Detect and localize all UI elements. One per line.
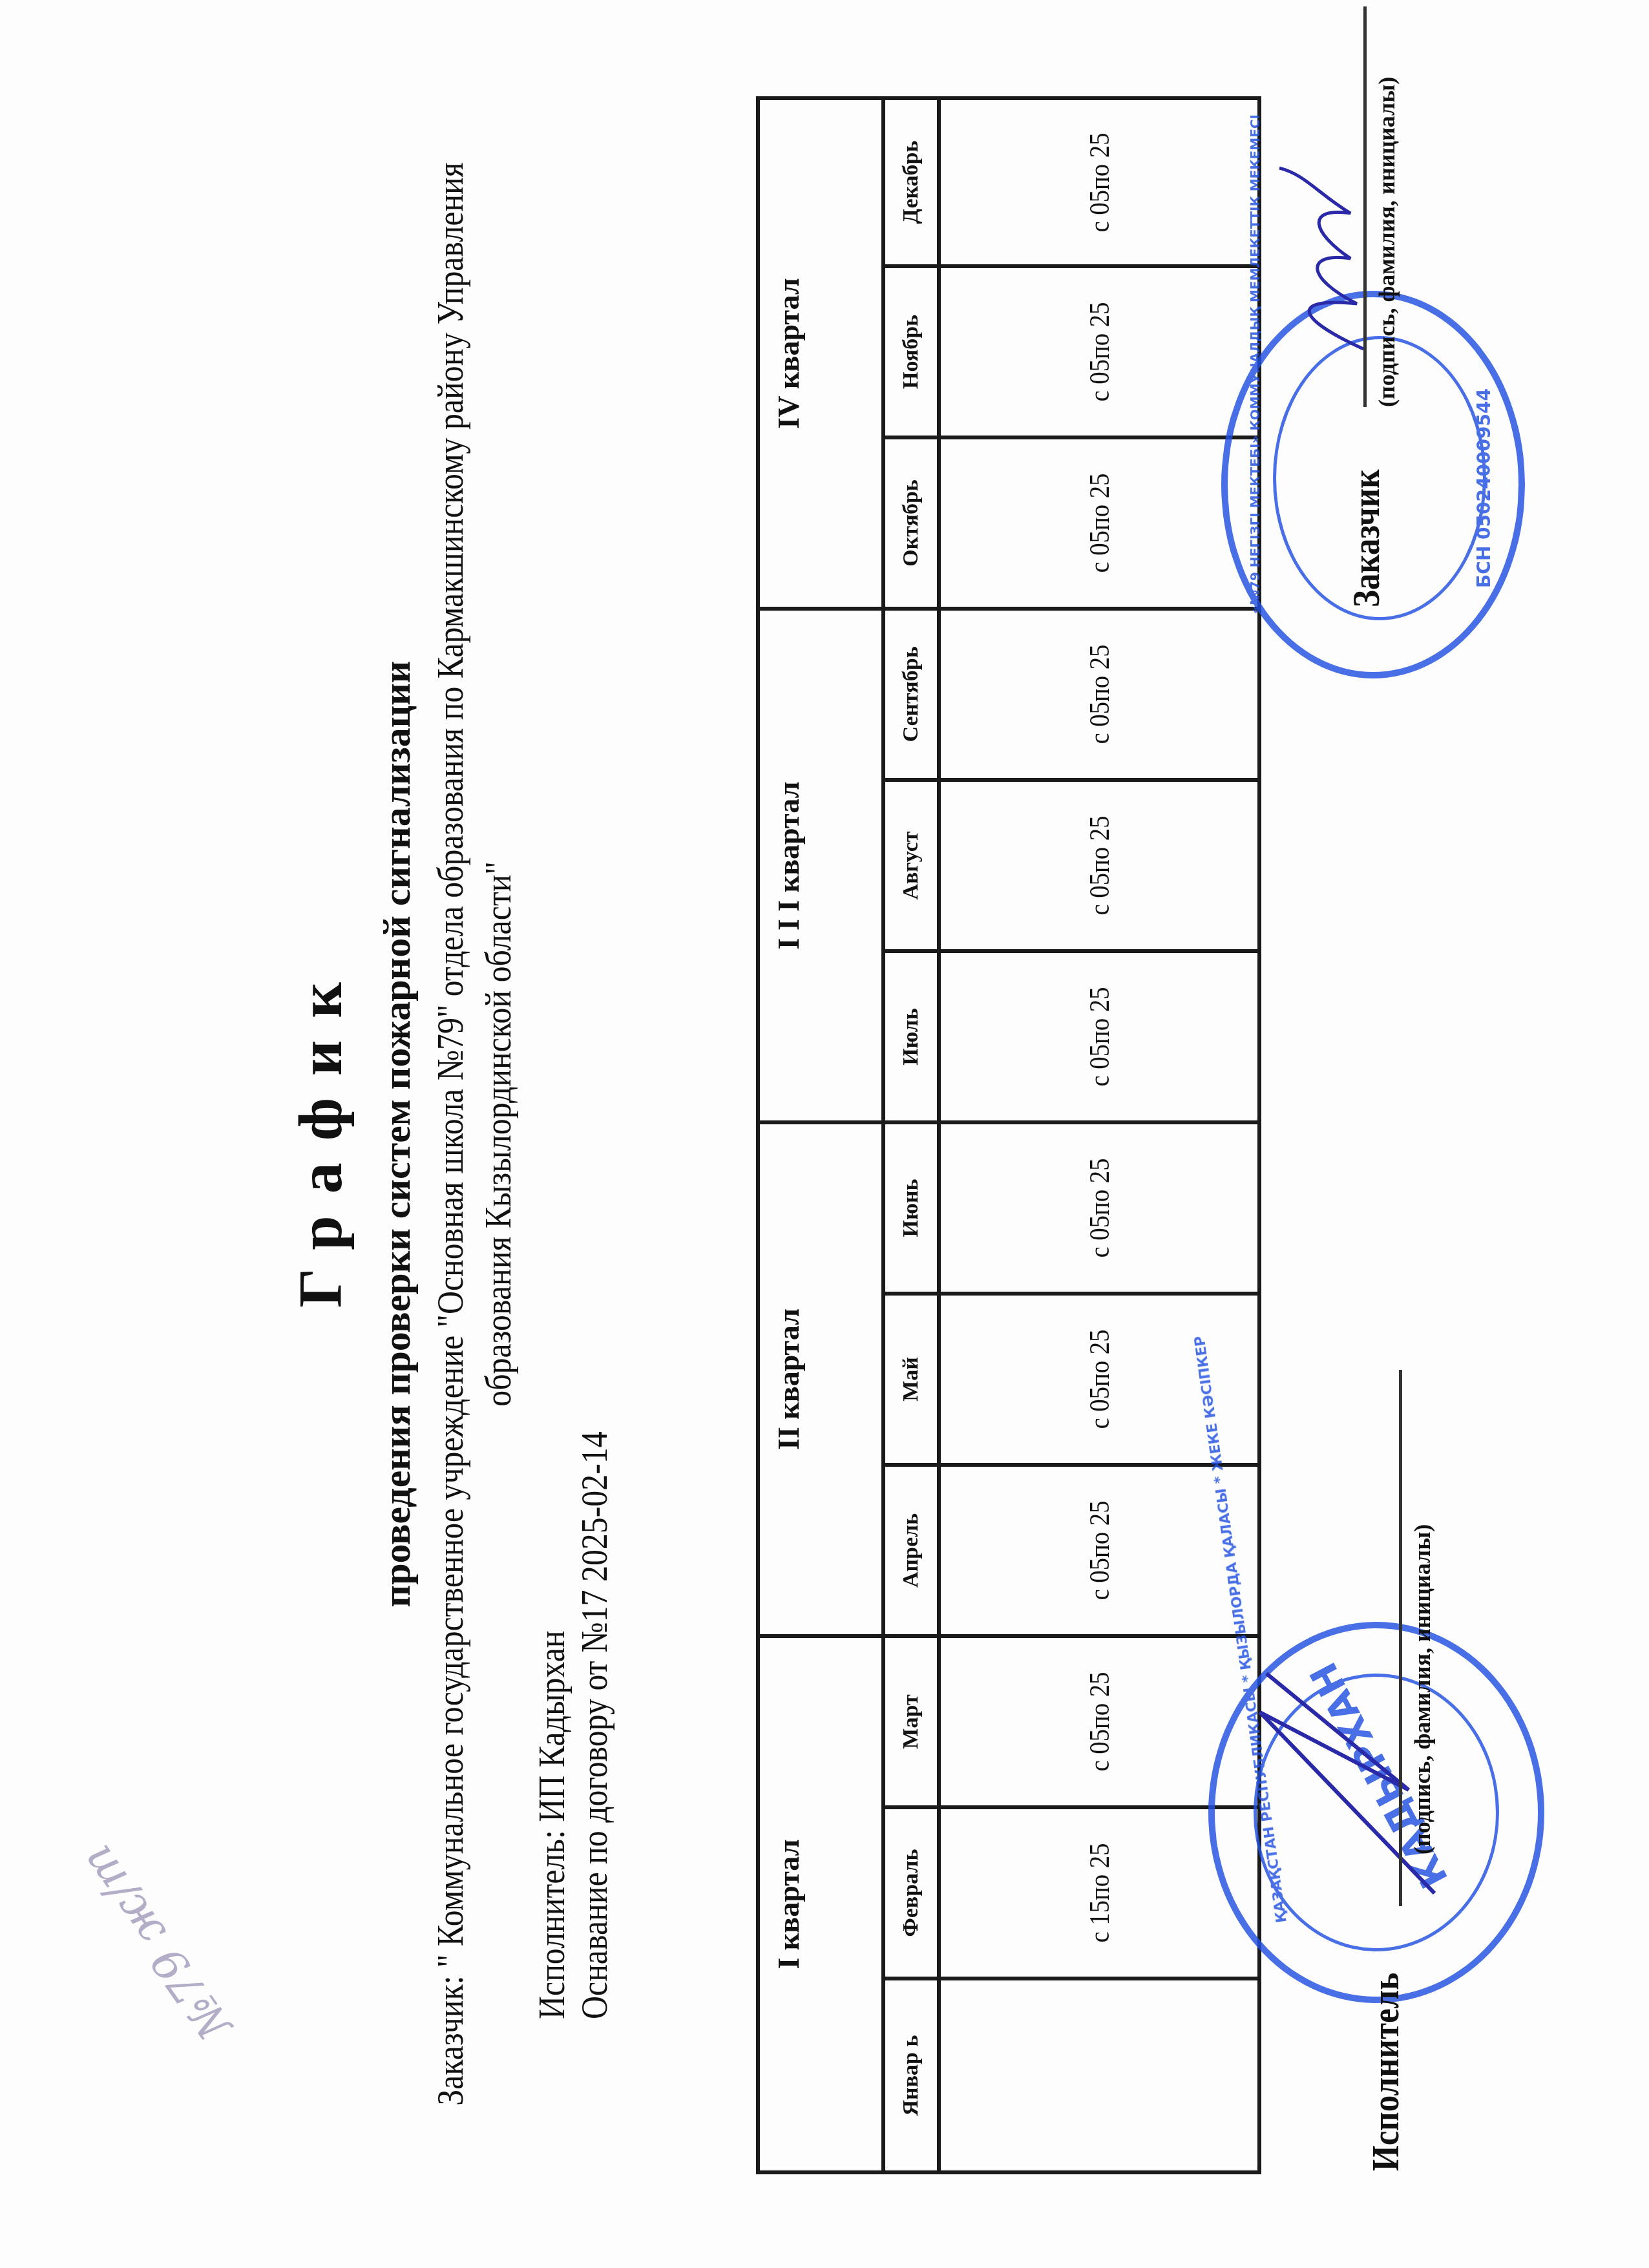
month-april: Апрель xyxy=(883,1465,939,1636)
period-january xyxy=(939,1979,1259,2172)
month-september: Сентябрь xyxy=(883,609,939,780)
period-june: с 05по 25 xyxy=(939,1122,1259,1294)
period-july: с 05по 25 xyxy=(939,951,1259,1122)
period-text: с 05по 25 xyxy=(1083,987,1116,1086)
rotated-document-page: №79 ж/т График проведения проверки систе… xyxy=(0,0,1649,2268)
executor-line: Исполнитель: ИП Кадырхан xyxy=(530,1630,573,2019)
period-text: с 15по 25 xyxy=(1083,1843,1116,1942)
inspection-schedule-table: I квартал II квартал I I I квартал IV кв… xyxy=(756,96,1261,2174)
period-december: с 05по 25 xyxy=(939,98,1259,266)
month-november: Ноябрь xyxy=(883,266,939,437)
period-text: с 05по 25 xyxy=(1083,815,1116,915)
period-november: с 05по 25 xyxy=(939,266,1259,437)
period-text: с 05по 25 xyxy=(1083,132,1116,232)
period-text: с 05по 25 xyxy=(1083,1672,1116,1771)
document-title: График xyxy=(284,0,356,2268)
month-october: Октябрь xyxy=(883,437,939,609)
month-january: Январ ь xyxy=(883,1979,939,2172)
quarter-4-header: IV квартал xyxy=(758,98,883,609)
customer-signature-label: Заказчик xyxy=(1344,469,1389,607)
contract-basis-line: Оснавание по договору от №17 2025-02-14 xyxy=(572,1431,616,2019)
period-september: с 05по 25 xyxy=(939,609,1259,780)
month-may: Май xyxy=(883,1294,939,1465)
executor-signature-line xyxy=(1399,1370,1402,1906)
customer-line-2: образования Кызылординской области" xyxy=(474,159,522,2110)
month-july: Июль xyxy=(883,951,939,1122)
period-april: с 05по 25 xyxy=(939,1465,1259,1636)
executor-signature-hint: (подпись, фамилия, инициалы) xyxy=(1409,1524,1436,1854)
quarter-3-header: I I I квартал xyxy=(758,609,883,1122)
customer-signature-hint: (подпись, фамилия, инициалы) xyxy=(1373,77,1400,407)
month-february: Февраль xyxy=(883,1807,939,1979)
quarter-2-header: II квартал xyxy=(758,1122,883,1636)
document-subtitle: проведения проверки систем пожарной сигн… xyxy=(375,0,419,2268)
quarter-header-row: I квартал II квартал I I I квартал IV кв… xyxy=(758,98,883,2172)
period-row: с 15по 25 с 05по 25 с 05по 25 с 05по 25 … xyxy=(939,98,1259,2172)
customer-line-1: Заказчик: " Коммунальное государственное… xyxy=(426,159,474,2110)
customer-info: Заказчик: " Коммунальное государственное… xyxy=(426,159,522,2110)
period-text: с 05по 25 xyxy=(1083,1329,1116,1429)
stamp-outer-text: «№79 НЕГІЗГІ МЕКТЕБІ» КОММУНАЛДЫҚ МЕМЛЕК… xyxy=(1247,114,1263,614)
month-march: Март xyxy=(883,1636,939,1807)
period-august: с 05по 25 xyxy=(939,780,1259,951)
month-header-row: Январ ь Февраль Март Апрель Май Июнь Июл… xyxy=(883,98,939,2172)
customer-signature-line xyxy=(1363,6,1367,407)
month-december: Декабрь xyxy=(883,98,939,266)
period-october: с 05по 25 xyxy=(939,437,1259,609)
period-text: с 05по 25 xyxy=(1083,1500,1116,1600)
executor-signature-label: Исполнитель xyxy=(1363,1973,1408,2171)
period-text: с 05по 25 xyxy=(1083,473,1116,572)
stamp-id-text: БСН 050240009544 xyxy=(1473,388,1495,588)
month-august: Август xyxy=(883,780,939,951)
month-june: Июнь xyxy=(883,1122,939,1294)
period-text: с 05по 25 xyxy=(1083,644,1116,744)
period-text: с 05по 25 xyxy=(1083,302,1116,401)
handwritten-pencil-note: №79 ж/т xyxy=(70,1836,242,2050)
period-text: с 05по 25 xyxy=(1083,1158,1116,1257)
quarter-1-header: I квартал xyxy=(758,1636,883,2172)
